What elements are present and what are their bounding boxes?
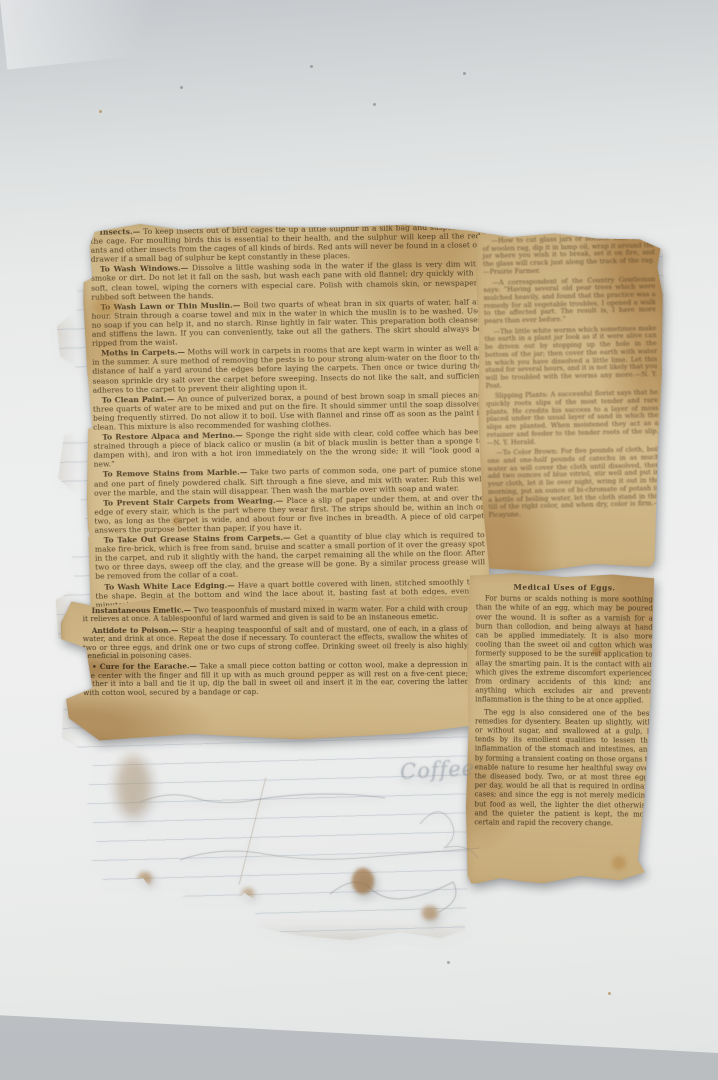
clipping-household-hints: Insects.— To keep insects out of bird ca… (82, 217, 492, 615)
hint-paragraph: Insects.— To keep insects out of bird ca… (90, 222, 480, 264)
note-paragraph: —A correspondent of the Country Gentlema… (483, 276, 656, 326)
hint-paragraph: To Take Out Grease Stains from Carpets.—… (95, 530, 486, 581)
base-lined-paper: Insects.— To keep insects out of bird ca… (52, 216, 672, 946)
handwriting-area: Coffee (110, 744, 530, 944)
dust-speck (463, 72, 466, 75)
hint-paragraph: To Clean Paint.— An ounce of pulverized … (93, 390, 483, 432)
clipping-remedies: Instantaneous Emetic.— Two teaspoonfuls … (61, 595, 483, 742)
hint-paragraph: To Wash Windows.— Dissolve a little wash… (91, 260, 481, 302)
dust-speck (373, 103, 376, 106)
clipping-right-column: —How to cut glass jars or bottles: Take … (474, 226, 669, 574)
remedy-paragraph: • Cure for the Earache.— Take a small pi… (83, 661, 468, 697)
hint-heading: Insects.— (99, 227, 140, 237)
stain (96, 902, 116, 924)
note-paragraph: —The little white worms which sometimes … (484, 325, 657, 391)
dust-speck (447, 961, 450, 964)
medical-paragraph: For burns or scalds nothing is more soot… (475, 595, 653, 707)
hint-paragraph: To Restore Alpaca and Merino.— Sponge th… (93, 427, 483, 469)
dust-speck (608, 992, 611, 995)
clipping-title: Medical Uses of Eggs. (476, 582, 653, 592)
hint-paragraph: To Prevent Stair Carpets from Wearing.— … (94, 493, 484, 535)
remedy-paragraph: Instantaneous Emetic.— Two teaspoonfuls … (83, 605, 468, 624)
pencil-scribble (120, 764, 520, 934)
hint-paragraph: Moths in Carpets.— Moths will work in ca… (92, 343, 483, 394)
scrapbook-page: Insects.— To keep insects out of bird ca… (52, 216, 672, 946)
note-paragraph: —To Color Brown: For five pounds of clot… (487, 446, 661, 519)
hint-paragraph: To Remove Stains from Marble.— Take two … (94, 465, 484, 498)
dust-speck (310, 65, 313, 68)
dust-speck (99, 110, 102, 113)
hint-paragraph: To Wash Lawn or Thin Muslin.— Boil two q… (91, 297, 482, 348)
fabric-fold-highlight (0, 0, 246, 70)
note-paragraph: Slipping Plants: A successful florist sa… (486, 389, 659, 447)
dust-speck (180, 86, 183, 89)
note-paragraph: —How to cut glass jars or bottles: Take … (482, 234, 655, 276)
remedy-paragraph: Antidote to Poison.— Stir a heaping teas… (83, 625, 468, 661)
photo-of-scrapbook-page: { "photo": { "colors": { "backdrop_top":… (0, 0, 718, 1080)
